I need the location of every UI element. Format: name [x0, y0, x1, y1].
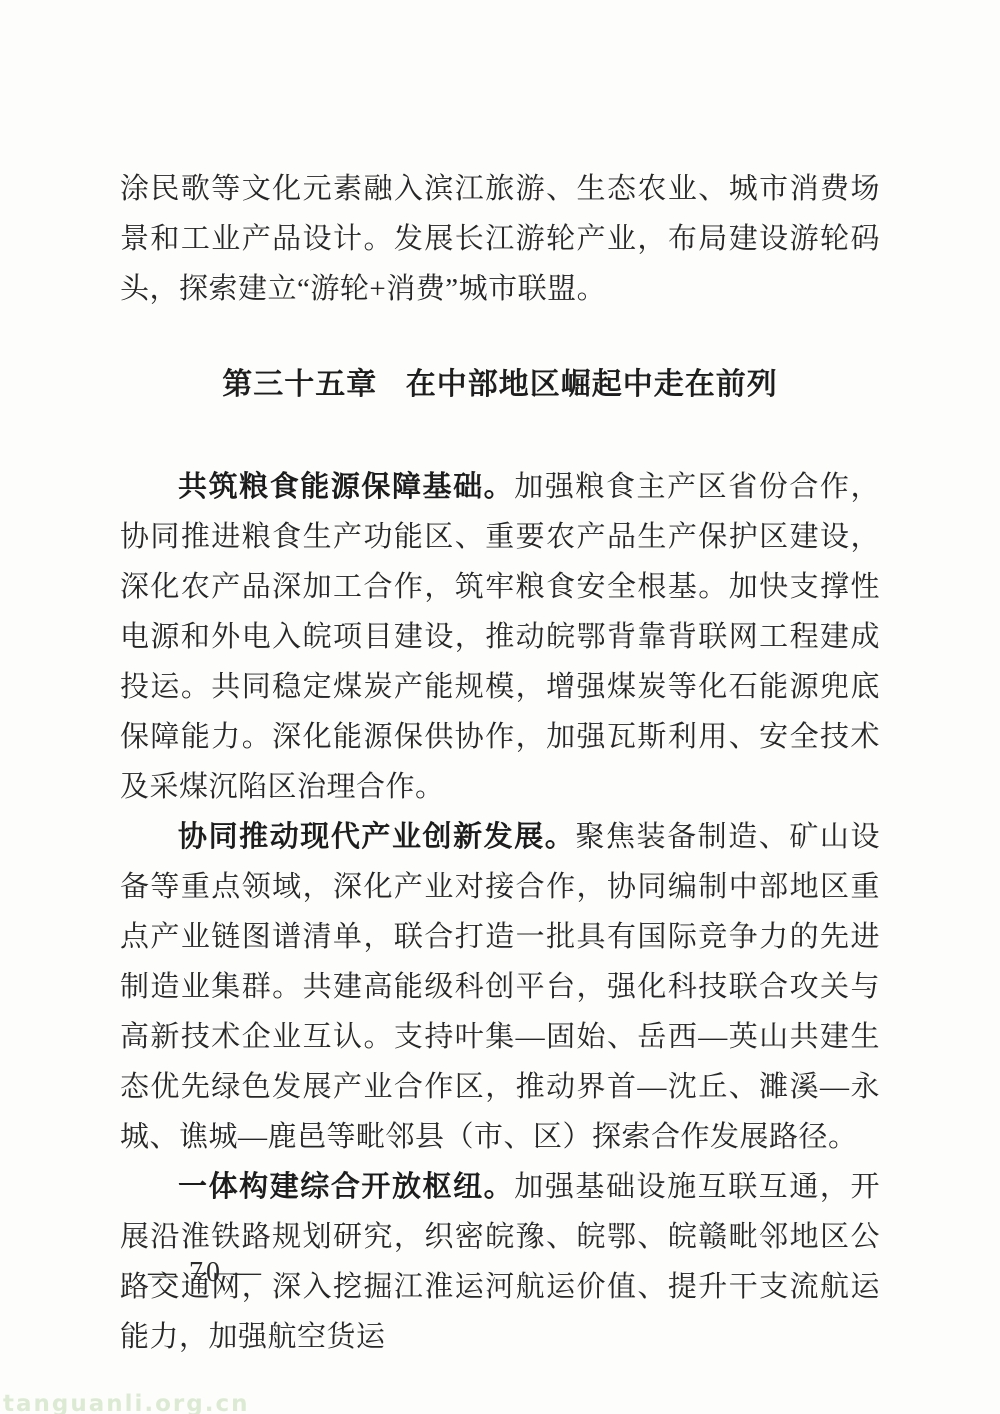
- document-page: 涂民歌等文化元素融入滨江旅游、生态农业、城市消费场景和工业产品设计。发展长江游轮…: [0, 0, 1000, 1414]
- paragraph-lead: 一体构建综合开放枢纽。: [178, 1171, 514, 1203]
- continuation-paragraph: 涂民歌等文化元素融入滨江旅游、生态农业、城市消费场景和工业产品设计。发展长江游轮…: [120, 164, 880, 314]
- chapter-number: 第三十五章: [222, 368, 377, 401]
- page-content: 涂民歌等文化元素融入滨江旅游、生态农业、城市消费场景和工业产品设计。发展长江游轮…: [120, 164, 880, 1362]
- paragraph-lead: 共筑粮食能源保障基础。: [178, 471, 514, 503]
- paragraph-body: 聚焦装备制造、矿山设备等重点领域，深化产业对接合作，协同编制中部地区重点产业链图…: [120, 821, 880, 1153]
- chapter-title: 在中部地区崛起中走在前列: [406, 368, 778, 401]
- paragraph-lead: 协同推动现代产业创新发展。: [178, 821, 575, 853]
- chapter-heading: 第三十五章在中部地区崛起中走在前列: [120, 360, 880, 410]
- watermark: tanguanli.org.cn: [3, 1391, 249, 1414]
- paragraph-industry-innovation: 协同推动现代产业创新发展。聚焦装备制造、矿山设备等重点领域，深化产业对接合作，协…: [120, 812, 880, 1162]
- paragraph-food-energy: 共筑粮食能源保障基础。加强粮食主产区省份合作，协同推进粮食生产功能区、重要农产品…: [120, 462, 880, 812]
- paragraph-body: 加强粮食主产区省份合作，协同推进粮食生产功能区、重要农产品生产保护区建设，深化农…: [120, 471, 880, 803]
- page-number: — 70 —: [148, 1256, 264, 1290]
